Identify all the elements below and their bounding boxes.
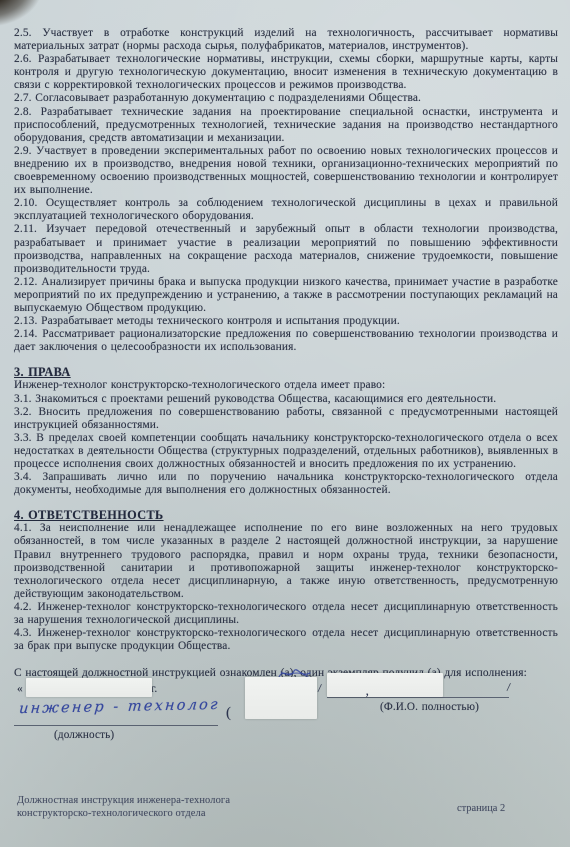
rights-item-3-2: 3.2. Вносить предложения по совершенство… — [14, 406, 558, 432]
ink-comma-mark: ’ — [365, 691, 369, 704]
responsibility-item-4-1: 4.1. За неисполнение или ненадлежащее ис… — [14, 522, 558, 601]
rights-item-3-4: 3.4. Запрашивать лично или по поручению … — [14, 471, 558, 497]
position-underline — [14, 725, 218, 726]
redaction-box-date — [26, 678, 152, 697]
duty-item-2-8: 2.8. Разрабатывает технические задания н… — [14, 106, 558, 145]
duty-item-2-6: 2.6. Разрабатывает технологические норма… — [14, 53, 558, 92]
redaction-box-name — [327, 673, 443, 697]
footer-document-title: Должностная инструкция инженера-технолог… — [17, 794, 230, 820]
footer-line-1: Должностная инструкция инженера-технолог… — [17, 794, 230, 807]
rights-intro: Инженер-технолог конструкторско-технолог… — [14, 379, 558, 392]
responsibility-section-heading: 4. ОТВЕТСТВЕННОСТЬ — [14, 509, 558, 522]
rights-section-heading: 3. ПРАВА — [14, 366, 558, 379]
partial-paren-mark: ( — [226, 707, 231, 720]
date-open-quote: « — [17, 683, 23, 695]
slash-mark-2: / — [506, 681, 511, 694]
rights-item-3-1: 3.1. Знакомиться с проектами решений рук… — [14, 393, 558, 406]
responsibility-item-4-2: 4.2. Инженер-технолог конструкторско-тех… — [14, 601, 558, 627]
duty-item-2-14: 2.14. Рассматривает рационализаторские п… — [14, 328, 558, 354]
slash-mark-1: / — [317, 682, 322, 695]
fio-label: (Ф.И.О. полностью) — [380, 701, 479, 714]
duty-item-2-5: 2.5. Участвует в отработке конструкций и… — [14, 27, 558, 53]
duty-item-2-12: 2.12. Анализирует причины брака и выпуск… — [14, 276, 558, 315]
fio-underline — [327, 697, 509, 698]
responsibility-item-4-3: 4.3. Инженер-технолог конструкторско-тех… — [14, 627, 558, 653]
footer-line-2: конструкторско-технологического отдела — [17, 807, 230, 820]
page-number: страница 2 — [457, 803, 505, 814]
acknowledgement-section: С настоящей должностной инструкцией озна… — [14, 667, 558, 755]
duty-item-2-11: 2.11. Изучает передовой отечественный и … — [14, 223, 558, 275]
duty-item-2-7: 2.7. Согласовывает разработанную докумен… — [14, 92, 558, 105]
duty-item-2-10: 2.10. Осуществляет контроль за соблюдени… — [14, 197, 558, 223]
redaction-box-signature — [245, 677, 317, 719]
rights-item-3-3: 3.3. В пределах своей компетенции сообща… — [14, 432, 558, 471]
duty-item-2-9: 2.9. Участвует в проведении эксперимента… — [14, 145, 558, 197]
position-label: (должность) — [54, 729, 114, 742]
duty-item-2-13: 2.13. Разрабатывает методы технического … — [14, 315, 558, 328]
document-body: 2.5. Участвует в отработке конструкций и… — [14, 27, 558, 755]
handwritten-position: инженер - технолог — [18, 699, 220, 716]
document-photo: { "duties": { "items": [ "2.5. Участвует… — [0, 0, 570, 847]
